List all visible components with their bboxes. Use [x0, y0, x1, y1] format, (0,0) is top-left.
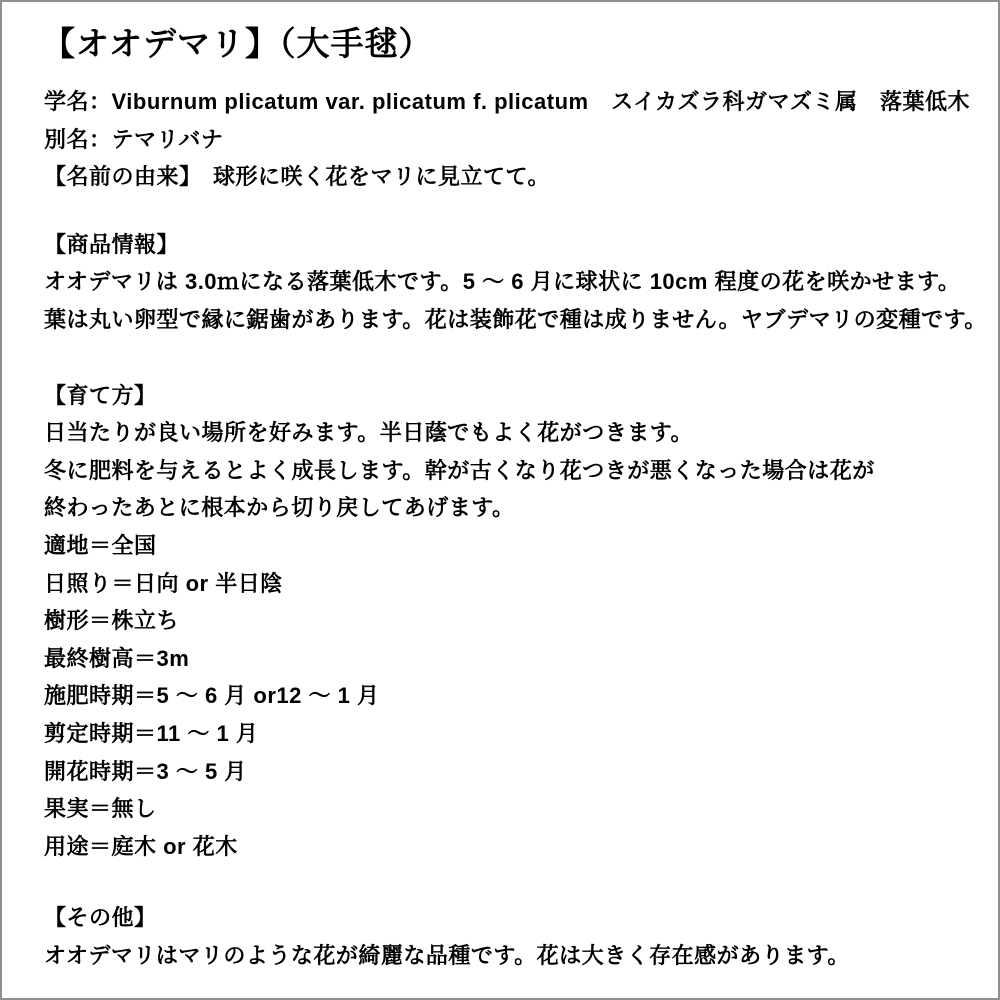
alias-line: 別名：テマリバナ: [44, 121, 958, 159]
product-info-line: 葉は丸い卵型で縁に鋸歯があります。花は装飾花で種は成りません。ヤブデマリの変種で…: [44, 301, 958, 339]
spec-line-flowering-period: 開花時期＝3 ～ 5 月: [44, 753, 958, 791]
care-line: 終わったあとに根本から切り戻してあげます。: [44, 489, 958, 527]
spec-line-usage: 用途＝庭木 or 花木: [44, 828, 958, 866]
name-origin-line: 【名前の由来】 球形に咲く花をマリに見立てて。: [44, 158, 958, 196]
spec-line-final-height: 最終樹高＝3m: [44, 640, 958, 678]
other-heading: 【その他】: [44, 899, 958, 937]
plant-description-document: 【オオデマリ】（大手毬） 学名：Viburnum plicatum var. p…: [0, 0, 1000, 1000]
spec-line-sunlight: 日照り＝日向 or 半日陰: [44, 565, 958, 603]
spec-line-pruning-period: 剪定時期＝11 ～ 1 月: [44, 715, 958, 753]
product-info-heading: 【商品情報】: [44, 226, 958, 264]
care-line: 日当たりが良い場所を好みます。半日蔭でもよく花がつきます。: [44, 414, 958, 452]
product-info-line: オオデマリは 3.0ｍになる落葉低木です。5 ～ 6 月に球状に 10cm 程度…: [44, 263, 958, 301]
spec-line-fruit: 果実＝無し: [44, 790, 958, 828]
document-title: 【オオデマリ】（大手毬）: [42, 18, 958, 70]
spec-line-suitable-region: 適地＝全国: [44, 527, 958, 565]
care-line: 冬に肥料を与えるとよく成長します。幹が古くなり花つきが悪くなった場合は花が: [44, 452, 958, 490]
scientific-name-line: 学名：Viburnum plicatum var. plicatum f. pl…: [44, 83, 958, 121]
spec-line-fertilizing-period: 施肥時期＝5 ～ 6 月 or12 ～ 1 月: [44, 677, 958, 715]
care-heading: 【育て方】: [44, 377, 958, 415]
spec-line-tree-form: 樹形＝株立ち: [44, 602, 958, 640]
other-line: オオデマリはマリのような花が綺麗な品種です。花は大きく存在感があります。: [44, 937, 958, 975]
